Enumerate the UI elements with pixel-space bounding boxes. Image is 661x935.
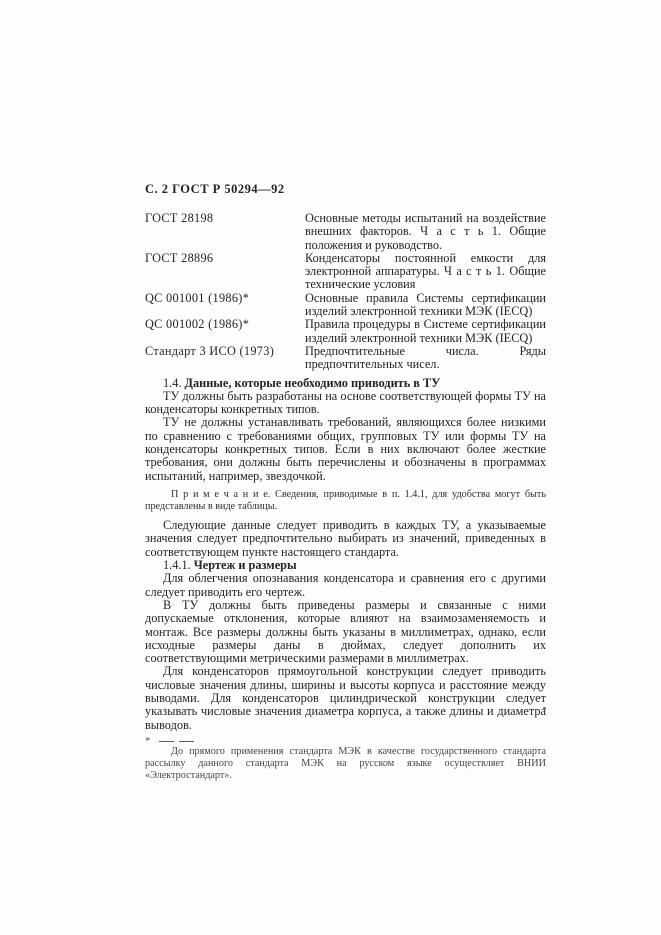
- list-item: QC 001001 (1986)* Основные правила Систе…: [145, 292, 546, 319]
- standard-description: Основные правила Системы сертификации из…: [305, 292, 546, 319]
- paragraph: Для конденсаторов прямоугольной конструк…: [145, 665, 546, 731]
- standard-description: Правила процедуры в Системе сертификации…: [305, 318, 546, 345]
- list-item: ГОСТ 28896 Конденсаторы постоянной емкос…: [145, 252, 546, 292]
- standard-designation: QC 001001 (1986)*: [145, 292, 305, 319]
- scanned-document-page: С. 2 ГОСТ Р 50294—92 ГОСТ 28198 Основные…: [0, 0, 661, 935]
- section-1-4-1: 1.4.1. Чертеж и размеры Для облегчения о…: [145, 559, 546, 732]
- referenced-standards-list: ГОСТ 28198 Основные методы испытаний на …: [145, 212, 546, 372]
- standard-description: Конденсаторы постоянной емкости для элек…: [305, 252, 546, 292]
- section-title: Чертеж и размеры: [194, 558, 297, 572]
- page-content: С. 2 ГОСТ Р 50294—92 ГОСТ 28198 Основные…: [145, 182, 546, 782]
- standard-designation: QC 001002 (1986)*: [145, 318, 305, 345]
- paragraph: ТУ не должны устанавливать требований, я…: [145, 416, 546, 482]
- section-title: Данные, которые необходимо приводить в Т…: [185, 376, 441, 390]
- list-item: QC 001002 (1986)* Правила процедуры в Си…: [145, 318, 546, 345]
- paragraph: Следующие данные следует приводить в каж…: [145, 519, 546, 559]
- footnote-rule-dash: [159, 741, 174, 742]
- section-number: 1.4.1.: [163, 558, 191, 572]
- standard-description: Предпочтительные числа. Ряды предпочтите…: [305, 345, 546, 372]
- note-paragraph: П р и м е ч а н и е. Сведения, приводимы…: [145, 489, 546, 512]
- paragraph: В ТУ должны быть приведены размеры и свя…: [145, 599, 546, 665]
- section-number: 1.4.: [163, 376, 181, 390]
- footnote: * До прямого применения стандарта МЭК в …: [145, 737, 546, 783]
- standard-description: Основные методы испытаний на воздействие…: [305, 212, 546, 252]
- footnote-text: До прямого применения стандарта МЭК в ка…: [145, 746, 546, 783]
- section-1-4: 1.4. Данные, которые необходимо приводит…: [145, 377, 546, 559]
- standard-designation: ГОСТ 28198: [145, 212, 305, 252]
- footnote-marker: *: [145, 737, 151, 746]
- section-heading-1-4: 1.4. Данные, которые необходимо приводит…: [145, 377, 546, 390]
- list-item: Стандарт 3 ИСО (1973) Предпочтительные ч…: [145, 345, 546, 372]
- standard-designation: ГОСТ 28896: [145, 252, 305, 292]
- page-header: С. 2 ГОСТ Р 50294—92: [145, 182, 546, 197]
- paragraph: ТУ должны быть разработаны на основе соо…: [145, 390, 546, 417]
- scan-speck: [543, 707, 546, 710]
- paragraph: Для облегчения опознавания конденсатора …: [145, 572, 546, 599]
- section-heading-1-4-1: 1.4.1. Чертеж и размеры: [145, 559, 546, 572]
- list-item: ГОСТ 28198 Основные методы испытаний на …: [145, 212, 546, 252]
- footnote-divider: *: [145, 737, 546, 746]
- footnote-rule-dash: [179, 741, 194, 742]
- standard-designation: Стандарт 3 ИСО (1973): [145, 345, 305, 372]
